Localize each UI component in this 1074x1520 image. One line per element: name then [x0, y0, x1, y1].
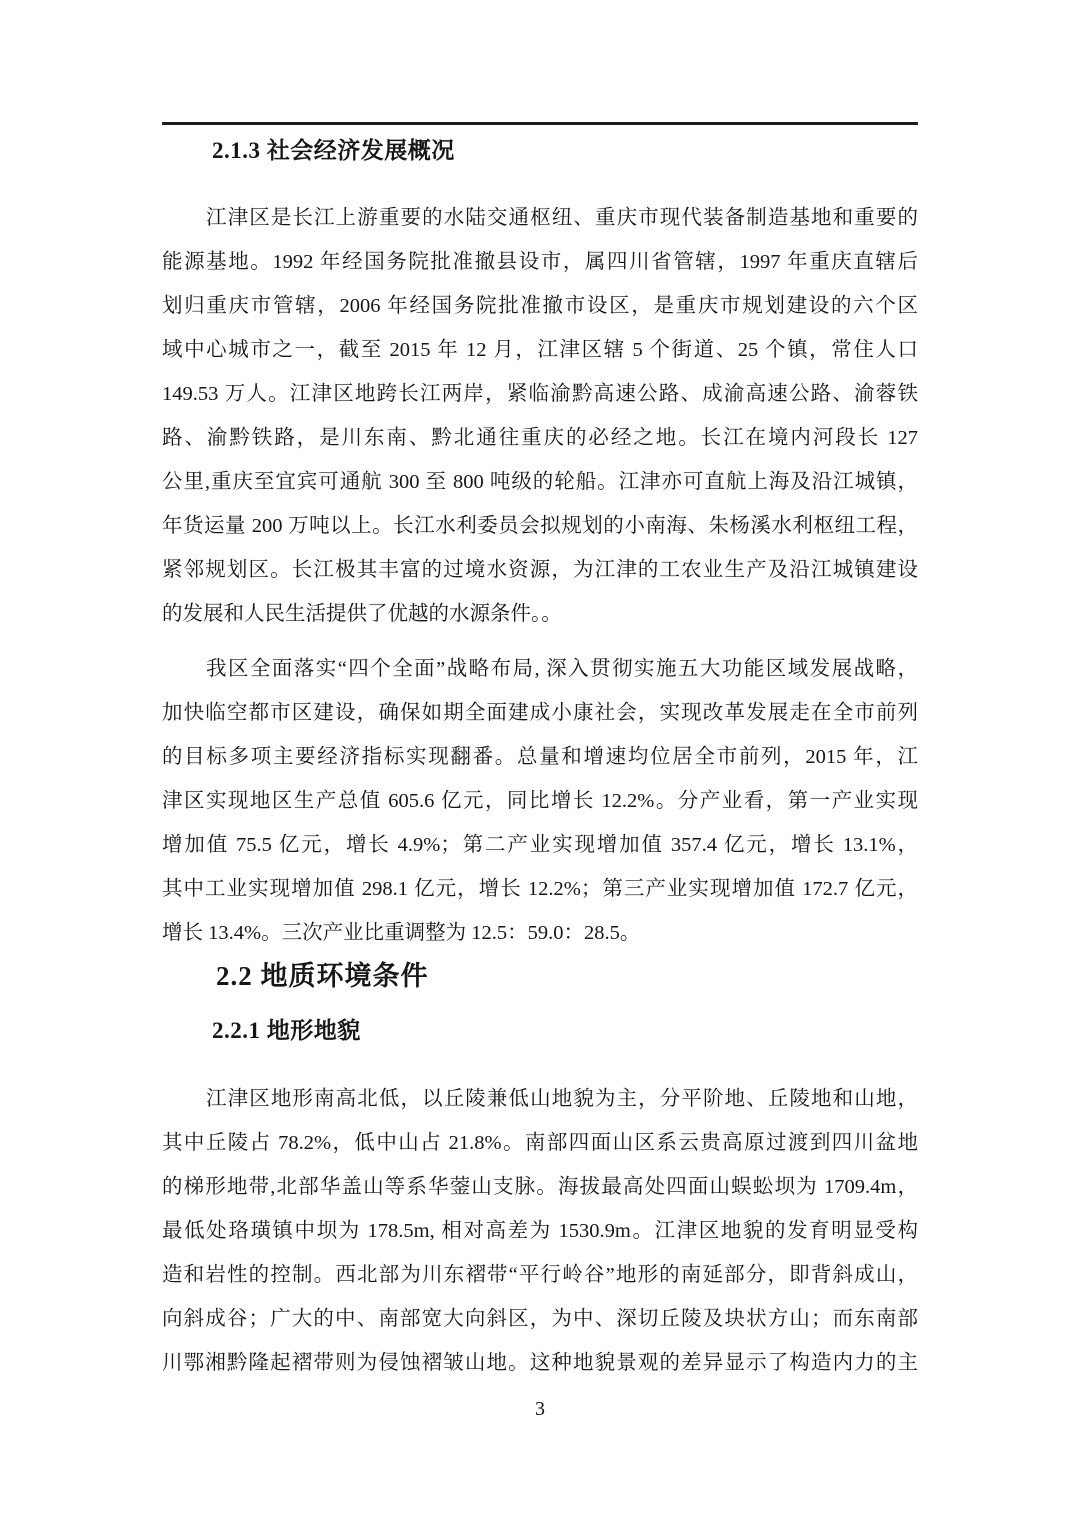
page-footer: 3	[162, 1396, 918, 1422]
paragraph-p1: 江津区是长江上游重要的水陆交通枢纽、重庆市现代装备制造基地和重要的能源基地。19…	[162, 196, 918, 636]
section-heading-h213: 2.1.3 社会经济发展概况	[162, 135, 918, 167]
text-line: 江津区地形南高北低，以丘陵兼低山地貌为主，分平阶地、丘陵地和山地，	[162, 1077, 918, 1121]
text-line: 增加值 75.5 亿元，增长 4.9%；第二产业实现增加值 357.4 亿元，增…	[162, 823, 918, 867]
text-line: 川鄂湘黔隆起褶带则为侵蚀褶皱山地。这种地貌景观的差异显示了构造内力的主	[162, 1341, 918, 1385]
document-page: 2.1.3 社会经济发展概况江津区是长江上游重要的水陆交通枢纽、重庆市现代装备制…	[0, 0, 1074, 1520]
section-heading-h22: 2.2 地质环境条件	[162, 958, 918, 994]
text-line: 149.53 万人。江津区地跨长江两岸，紧临渝黔高速公路、成渝高速公路、渝蓉铁	[162, 372, 918, 416]
text-line: 路、渝黔铁路，是川东南、黔北通往重庆的必经之地。长江在境内河段长 127	[162, 416, 918, 460]
text-line: 划归重庆市管辖，2006 年经国务院批准撤市设区，是重庆市规划建设的六个区	[162, 284, 918, 328]
text-line: 江津区是长江上游重要的水陆交通枢纽、重庆市现代装备制造基地和重要的	[162, 196, 918, 240]
text-line: 增长 13.4%。三次产业比重调整为 12.5：59.0：28.5。	[162, 911, 918, 955]
text-line: 其中丘陵占 78.2%，低中山占 21.8%。南部四面山区系云贵高原过渡到四川盆…	[162, 1121, 918, 1165]
text-line: 的梯形地带,北部华盖山等系华蓥山支脉。海拔最高处四面山蜈蚣坝为 1709.4m，	[162, 1165, 918, 1209]
text-line: 向斜成谷；广大的中、南部宽大向斜区，为中、深切丘陵及块状方山；而东南部	[162, 1297, 918, 1341]
text-line: 加快临空都市区建设，确保如期全面建成小康社会，实现改革发展走在全市前列	[162, 691, 918, 735]
section-heading-h221: 2.2.1 地形地貌	[162, 1015, 918, 1047]
text-line: 的目标多项主要经济指标实现翻番。总量和增速均位居全市前列，2015 年，江	[162, 735, 918, 779]
text-line: 年货运量 200 万吨以上。长江水利委员会拟规划的小南海、朱杨溪水利枢纽工程，	[162, 504, 918, 548]
text-line: 我区全面落实“四个全面”战略布局, 深入贯彻实施五大功能区域发展战略，	[162, 647, 918, 691]
text-line: 造和岩性的控制。西北部为川东褶带“平行岭谷”地形的南延部分，即背斜成山，	[162, 1253, 918, 1297]
page-number: 3	[535, 1398, 545, 1420]
document-body: 2.1.3 社会经济发展概况江津区是长江上游重要的水陆交通枢纽、重庆市现代装备制…	[162, 135, 918, 1385]
text-line: 津区实现地区生产总值 605.6 亿元，同比增长 12.2%。分产业看，第一产业…	[162, 779, 918, 823]
header-rule	[162, 122, 918, 125]
text-line: 的发展和人民生活提供了优越的水源条件。。	[162, 592, 918, 636]
text-line: 域中心城市之一，截至 2015 年 12 月，江津区辖 5 个街道、25 个镇，…	[162, 328, 918, 372]
text-line: 最低处珞璜镇中坝为 178.5m, 相对高差为 1530.9m。江津区地貌的发育…	[162, 1209, 918, 1253]
text-line: 紧邻规划区。长江极其丰富的过境水资源，为江津的工农业生产及沿江城镇建设	[162, 548, 918, 592]
text-line: 公里,重庆至宜宾可通航 300 至 800 吨级的轮船。江津亦可直航上海及沿江城…	[162, 460, 918, 504]
text-line: 其中工业实现增加值 298.1 亿元，增长 12.2%；第三产业实现增加值 17…	[162, 867, 918, 911]
text-line: 能源基地。1992 年经国务院批准撤县设市，属四川省管辖，1997 年重庆直辖后	[162, 240, 918, 284]
paragraph-p3: 江津区地形南高北低，以丘陵兼低山地貌为主，分平阶地、丘陵地和山地，其中丘陵占 7…	[162, 1077, 918, 1385]
paragraph-p2: 我区全面落实“四个全面”战略布局, 深入贯彻实施五大功能区域发展战略，加快临空都…	[162, 647, 918, 955]
